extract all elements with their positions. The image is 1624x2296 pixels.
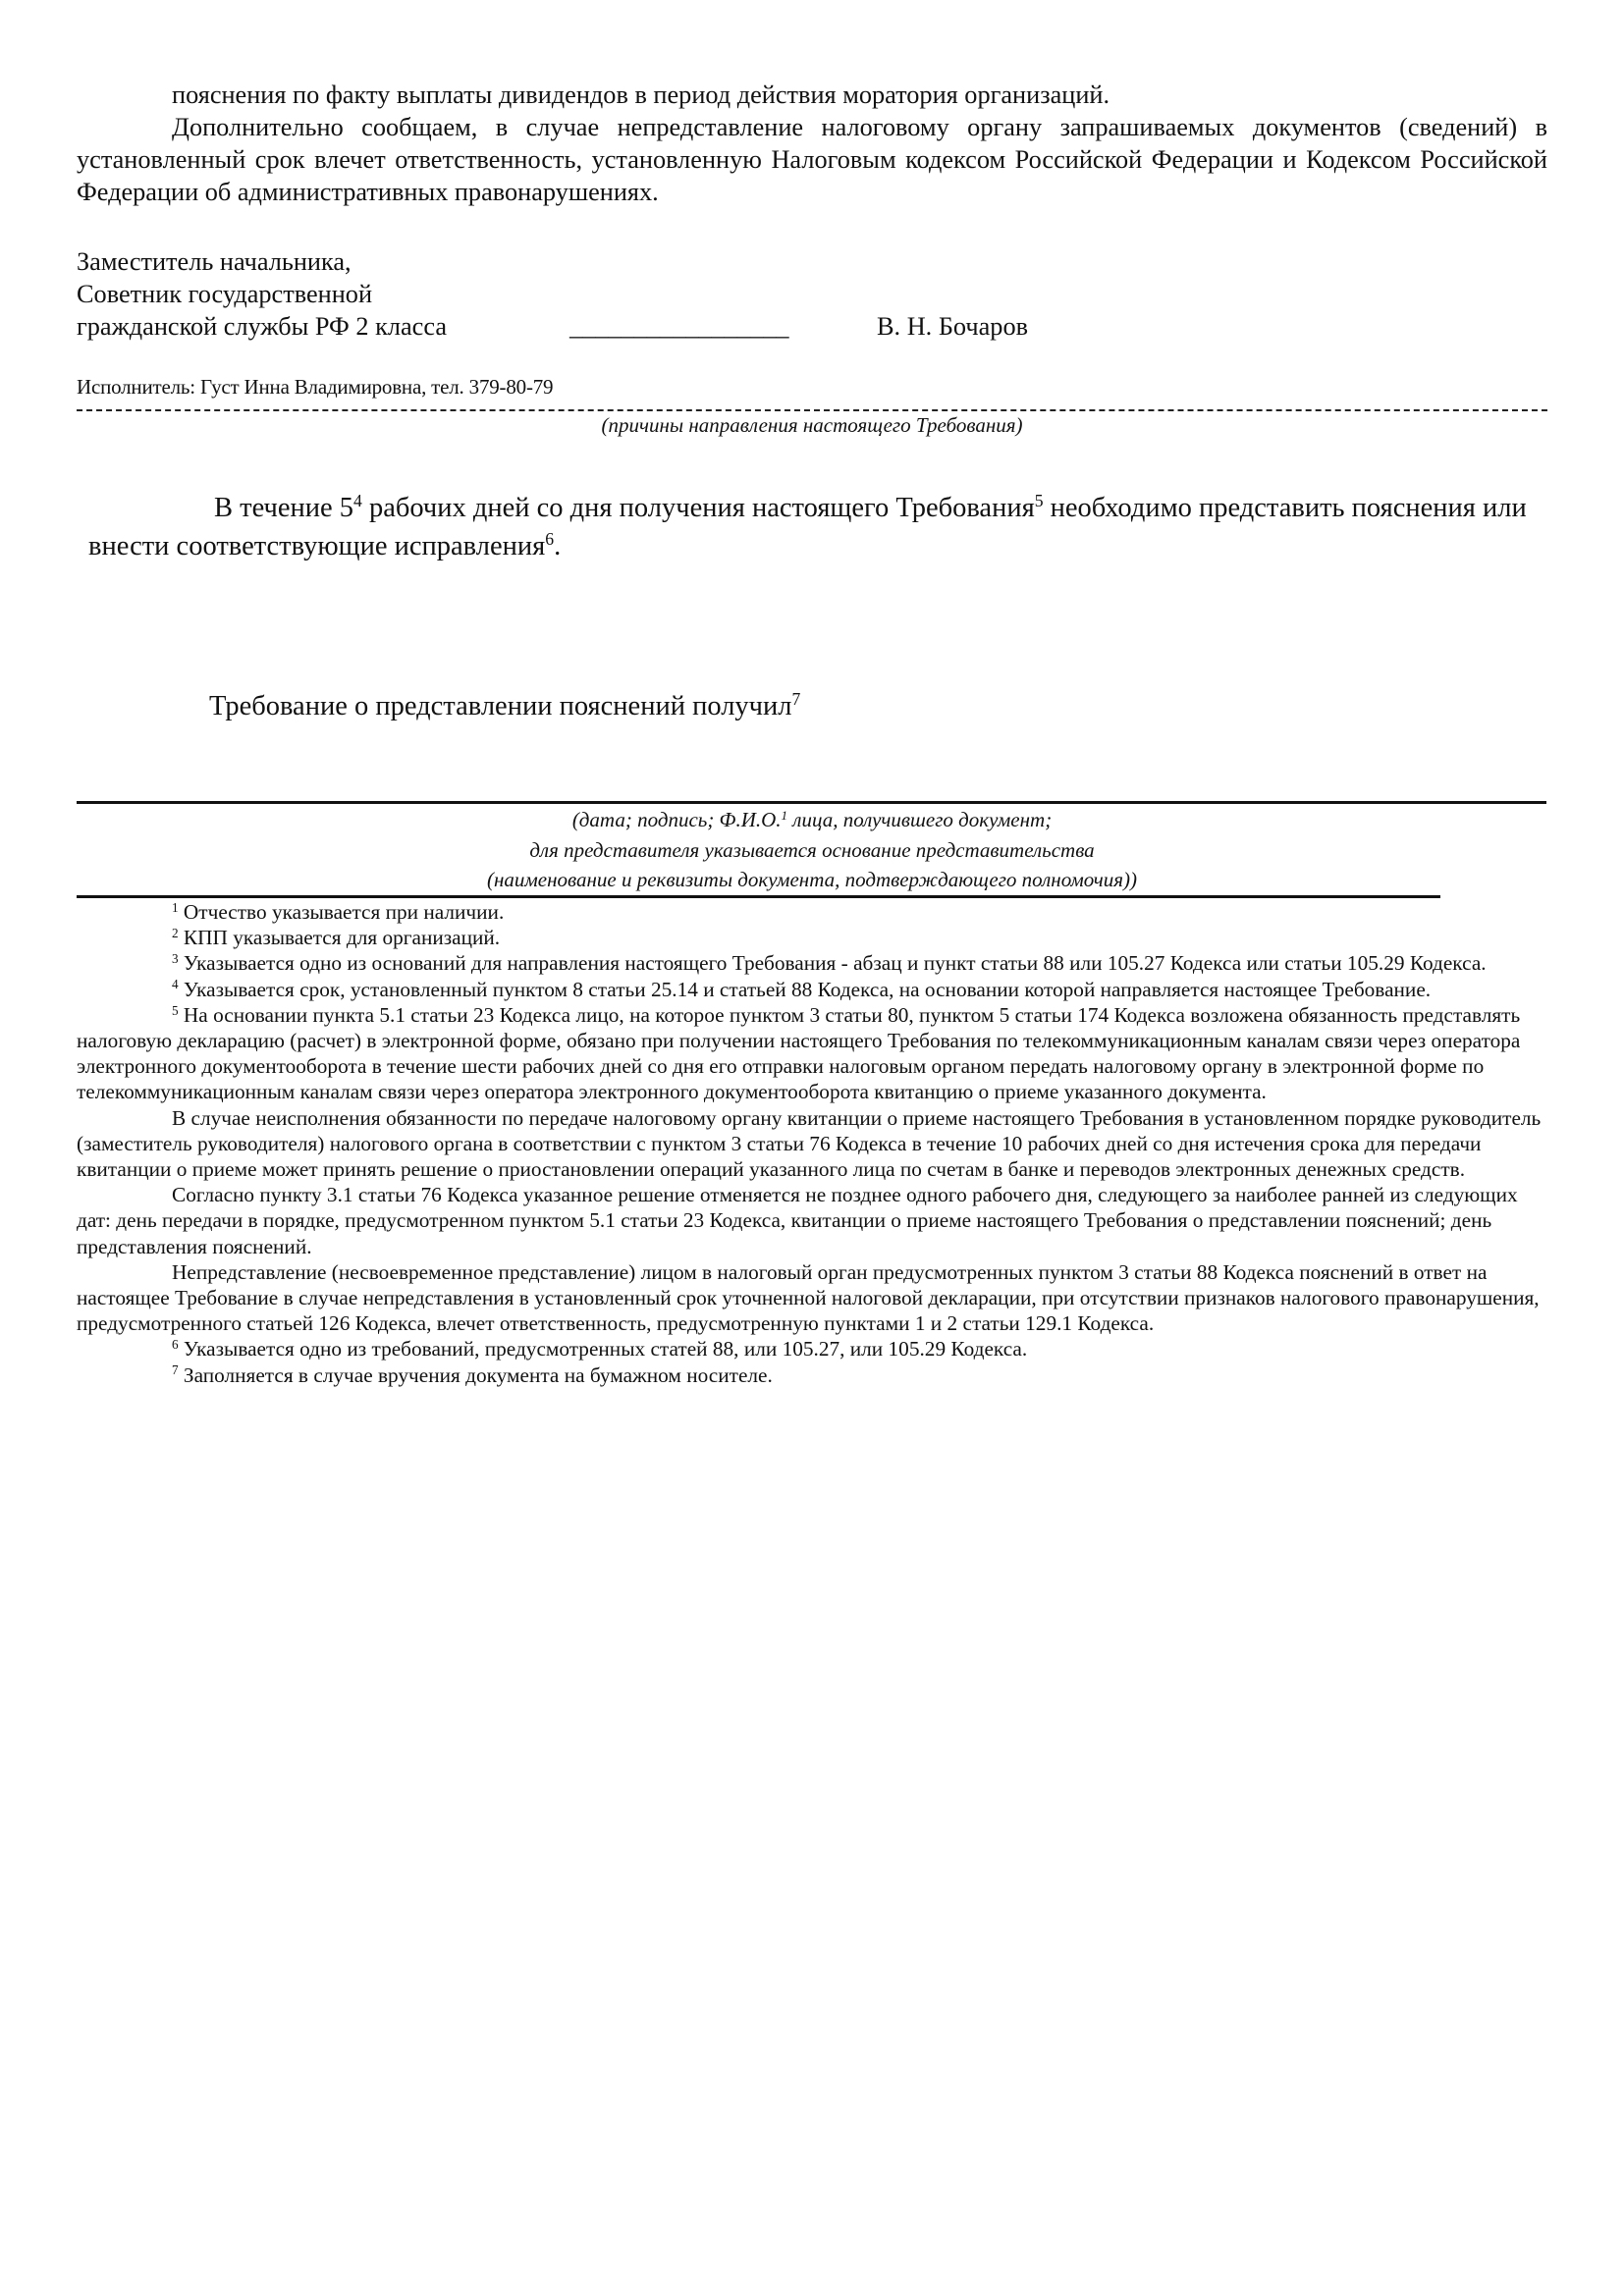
recipient-signature-line: [77, 801, 1546, 804]
footnote-ref-6: 6: [545, 529, 554, 549]
caption-text: (дата; подпись; Ф.И.О.: [572, 808, 782, 831]
footnote-ref-7: 7: [791, 689, 800, 709]
paragraph-dividends-explanation: пояснения по факту выплаты дивидендов в …: [77, 79, 1547, 111]
deadline-text-end: .: [554, 531, 561, 561]
footnote-number: 2: [172, 926, 179, 940]
footnote-text: Непредставление (несвоевременное предста…: [77, 1260, 1540, 1335]
footnote-text: Указывается одно из оснований для направ…: [179, 951, 1487, 975]
signer-position-line2: Советник государственной: [77, 278, 372, 310]
footnote-number: 4: [172, 977, 179, 991]
footnote-text: Согласно пункту 3.1 статьи 76 Кодекса ук…: [77, 1183, 1518, 1257]
paragraph-liability-notice: Дополнительно сообщаем, в случае непредс…: [77, 111, 1547, 208]
footnote-number: 6: [172, 1337, 179, 1352]
footnote-text: На основании пункта 5.1 статьи 23 Кодекс…: [77, 1003, 1520, 1104]
footnote-text: Указывается одно из требований, предусмо…: [179, 1337, 1028, 1361]
caption-text: лица, получившего документ;: [787, 808, 1052, 831]
footnote-text: Указывается срок, установленный пунктом …: [179, 978, 1432, 1001]
executor-contact: Исполнитель: Густ Инна Владимировна, тел…: [77, 374, 553, 400]
reasons-caption: (причины направления настоящего Требован…: [0, 412, 1624, 438]
footnote-text: Заполняется в случае вручения документа …: [179, 1363, 773, 1387]
signer-position-line1: Заместитель начальника,: [77, 245, 352, 278]
recipient-caption-line1: (дата; подпись; Ф.И.О.1 лица, получившег…: [0, 805, 1624, 835]
signature-line: _________________: [569, 310, 789, 343]
footnotes-divider: [77, 895, 1440, 898]
footnote-5-continuation-3: Непредставление (несвоевременное предста…: [77, 1259, 1549, 1337]
footnote-2: 2 КПП указывается для организаций.: [77, 925, 1549, 950]
footnote-text: КПП указывается для организаций.: [179, 926, 501, 949]
footnote-text: В случае неисполнения обязанности по пер…: [77, 1106, 1541, 1181]
footnote-ref-5: 5: [1035, 491, 1044, 510]
signer-name: В. Н. Бочаров: [877, 310, 1028, 343]
footnote-number: 5: [172, 1003, 179, 1018]
deadline-text-before: В течение 5: [214, 493, 353, 523]
footnote-5: 5 На основании пункта 5.1 статьи 23 Коде…: [77, 1002, 1549, 1105]
deadline-paragraph: В течение 54 рабочих дней со дня получен…: [88, 489, 1532, 565]
received-statement: Требование о представлении пояснений пол…: [209, 689, 800, 724]
recipient-caption-line3: (наименование и реквизиты документа, под…: [0, 865, 1624, 895]
footnote-ref-4: 4: [353, 491, 362, 510]
footnote-1: 1 Отчество указывается при наличии.: [77, 899, 1549, 925]
footnote-5-continuation-1: В случае неисполнения обязанности по пер…: [77, 1105, 1549, 1183]
footnote-7: 7 Заполняется в случае вручения документ…: [77, 1362, 1549, 1388]
footnote-3: 3 Указывается одно из оснований для напр…: [77, 950, 1549, 976]
footnote-ref-1: 1: [782, 808, 788, 823]
deadline-text-middle: рабочих дней со дня получения настоящего…: [362, 493, 1035, 523]
recipient-caption-line2: для представителя указывается основание …: [0, 835, 1624, 866]
footnote-5-continuation-2: Согласно пункту 3.1 статьи 76 Кодекса ук…: [77, 1182, 1549, 1259]
dashed-divider: [77, 409, 1547, 411]
footnote-4: 4 Указывается срок, установленный пункто…: [77, 977, 1549, 1002]
footnote-number: 1: [172, 900, 179, 915]
footnote-6: 6 Указывается одно из требований, предус…: [77, 1336, 1549, 1362]
signer-position-line3: гражданской службы РФ 2 класса: [77, 310, 447, 343]
footnote-number: 3: [172, 951, 179, 966]
footnotes: 1 Отчество указывается при наличии. 2 КП…: [77, 899, 1549, 1388]
received-text: Требование о представлении пояснений пол…: [209, 691, 791, 721]
footnote-number: 7: [172, 1362, 179, 1377]
footnote-text: Отчество указывается при наличии.: [179, 900, 505, 924]
